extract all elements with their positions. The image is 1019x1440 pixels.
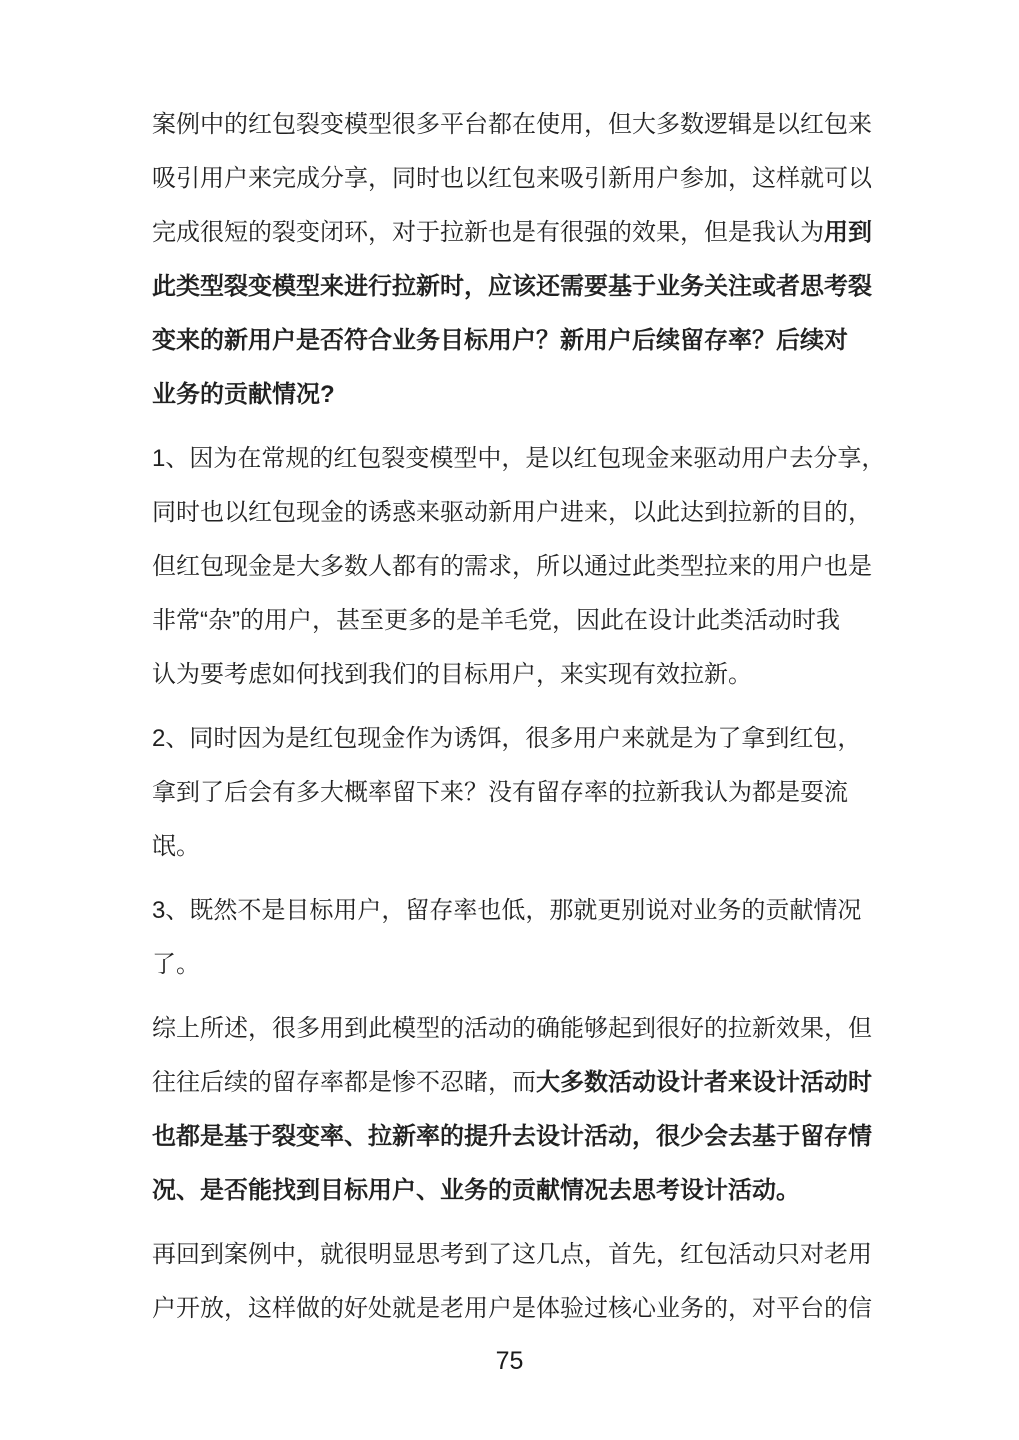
document-page: 案例中的红包裂变模型很多平台都在使用，但大多数逻辑是以红包来 吸引用户来完成分享… (0, 0, 1019, 1440)
paragraph-point-2: 2、同时因为是红包现金作为诱饵，很多用户来就是为了拿到红包， 拿到了后会有多大概… (152, 712, 868, 874)
text-line: 完成很短的裂变闭环，对于拉新也是有很强的效果，但是我认为用到 (152, 206, 868, 260)
text-line: 氓。 (152, 820, 868, 874)
text-run: 完成很短的裂变闭环，对于拉新也是有很强的效果，但是我认为 (152, 219, 824, 246)
text-line: 认为要考虑如何找到我们的目标用户，来实现有效拉新。 (152, 648, 868, 702)
text-line: 2、同时因为是红包现金作为诱饵，很多用户来就是为了拿到红包， (152, 712, 868, 766)
text-line: 了。 (152, 938, 868, 992)
text-line: 此类型裂变模型来进行拉新时，应该还需要基于业务关注或者思考裂 (152, 260, 868, 314)
bold-text-run: 用到 (824, 219, 872, 246)
text-run: 氓。 (152, 833, 200, 860)
page-number: 75 (0, 1345, 1019, 1377)
paragraph-point-3: 3、既然不是目标用户，留存率也低，那就更别说对业务的贡献情况 了。 (152, 884, 868, 992)
text-run: 案例中的红包裂变模型很多平台都在使用，但大多数逻辑是以红包来 (152, 111, 872, 138)
text-run: 非常“杂”的用户，甚至更多的是羊毛党，因此在设计此类活动时我 (152, 607, 840, 634)
bold-text-run: 也都是基于裂变率、拉新率的提升去设计活动，很少会去基于留存情 (152, 1123, 872, 1150)
text-line: 况、是否能找到目标用户、业务的贡献情况去思考设计活动。 (152, 1164, 868, 1218)
bold-text-run: 变来的新用户是否符合业务目标用户？新用户后续留存率？后续对 (152, 327, 848, 354)
text-run: 拿到了后会有多大概率留下来？没有留存率的拉新我认为都是耍流 (152, 779, 848, 806)
bold-text-run: 业务的贡献情况? (152, 381, 335, 408)
text-line: 1、因为在常规的红包裂变模型中，是以红包现金来驱动用户去分享， (152, 432, 868, 486)
text-run: 往往后续的留存率都是惨不忍睹，而 (152, 1069, 536, 1096)
bold-text-run: 此类型裂变模型来进行拉新时，应该还需要基于业务关注或者思考裂 (152, 273, 872, 300)
text-run: 综上所述，很多用到此模型的活动的确能够起到很好的拉新效果，但 (152, 1015, 872, 1042)
text-line: 业务的贡献情况? (152, 368, 868, 422)
text-line: 但红包现金是大多数人都有的需求，所以通过此类型拉来的用户也是 (152, 540, 868, 594)
text-run: 户开放，这样做的好处就是老用户是体验过核心业务的，对平台的信 (152, 1295, 872, 1322)
paragraph-point-1: 1、因为在常规的红包裂变模型中，是以红包现金来驱动用户去分享， 同时也以红包现金… (152, 432, 868, 702)
text-run: 2、同时因为是红包现金作为诱饵，很多用户来就是为了拿到红包， (152, 725, 861, 752)
text-run: 3、既然不是目标用户，留存率也低，那就更别说对业务的贡献情况 (152, 897, 861, 924)
text-run: 但红包现金是大多数人都有的需求，所以通过此类型拉来的用户也是 (152, 553, 872, 580)
document-body: 案例中的红包裂变模型很多平台都在使用，但大多数逻辑是以红包来 吸引用户来完成分享… (152, 98, 868, 1336)
text-run: 吸引用户来完成分享，同时也以红包来吸引新用户参加，这样就可以 (152, 165, 872, 192)
text-run: 再回到案例中，就很明显思考到了这几点，首先，红包活动只对老用 (152, 1241, 872, 1268)
text-line: 户开放，这样做的好处就是老用户是体验过核心业务的，对平台的信 (152, 1282, 868, 1336)
text-line: 综上所述，很多用到此模型的活动的确能够起到很好的拉新效果，但 (152, 1002, 868, 1056)
bold-text-run: 大多数活动设计者来设计活动时 (536, 1069, 872, 1096)
text-run: 了。 (152, 951, 200, 978)
text-line: 拿到了后会有多大概率留下来？没有留存率的拉新我认为都是耍流 (152, 766, 868, 820)
text-line: 变来的新用户是否符合业务目标用户？新用户后续留存率？后续对 (152, 314, 868, 368)
text-line: 3、既然不是目标用户，留存率也低，那就更别说对业务的贡献情况 (152, 884, 868, 938)
text-line: 案例中的红包裂变模型很多平台都在使用，但大多数逻辑是以红包来 (152, 98, 868, 152)
bold-text-run: 况、是否能找到目标用户、业务的贡献情况去思考设计活动。 (152, 1177, 800, 1204)
paragraph-intro: 案例中的红包裂变模型很多平台都在使用，但大多数逻辑是以红包来 吸引用户来完成分享… (152, 98, 868, 422)
text-line: 吸引用户来完成分享，同时也以红包来吸引新用户参加，这样就可以 (152, 152, 868, 206)
text-line: 也都是基于裂变率、拉新率的提升去设计活动，很少会去基于留存情 (152, 1110, 868, 1164)
text-line: 往往后续的留存率都是惨不忍睹，而大多数活动设计者来设计活动时 (152, 1056, 868, 1110)
paragraph-summary: 综上所述，很多用到此模型的活动的确能够起到很好的拉新效果，但 往往后续的留存率都… (152, 1002, 868, 1218)
text-line: 同时也以红包现金的诱惑来驱动新用户进来，以此达到拉新的目的， (152, 486, 868, 540)
text-line: 非常“杂”的用户，甚至更多的是羊毛党，因此在设计此类活动时我 (152, 594, 868, 648)
text-line: 再回到案例中，就很明显思考到了这几点，首先，红包活动只对老用 (152, 1228, 868, 1282)
text-run: 1、因为在常规的红包裂变模型中，是以红包现金来驱动用户去分享， (152, 445, 885, 472)
text-run: 认为要考虑如何找到我们的目标用户，来实现有效拉新。 (152, 661, 752, 688)
text-run: 同时也以红包现金的诱惑来驱动新用户进来，以此达到拉新的目的， (152, 499, 872, 526)
paragraph-case-review: 再回到案例中，就很明显思考到了这几点，首先，红包活动只对老用 户开放，这样做的好… (152, 1228, 868, 1336)
